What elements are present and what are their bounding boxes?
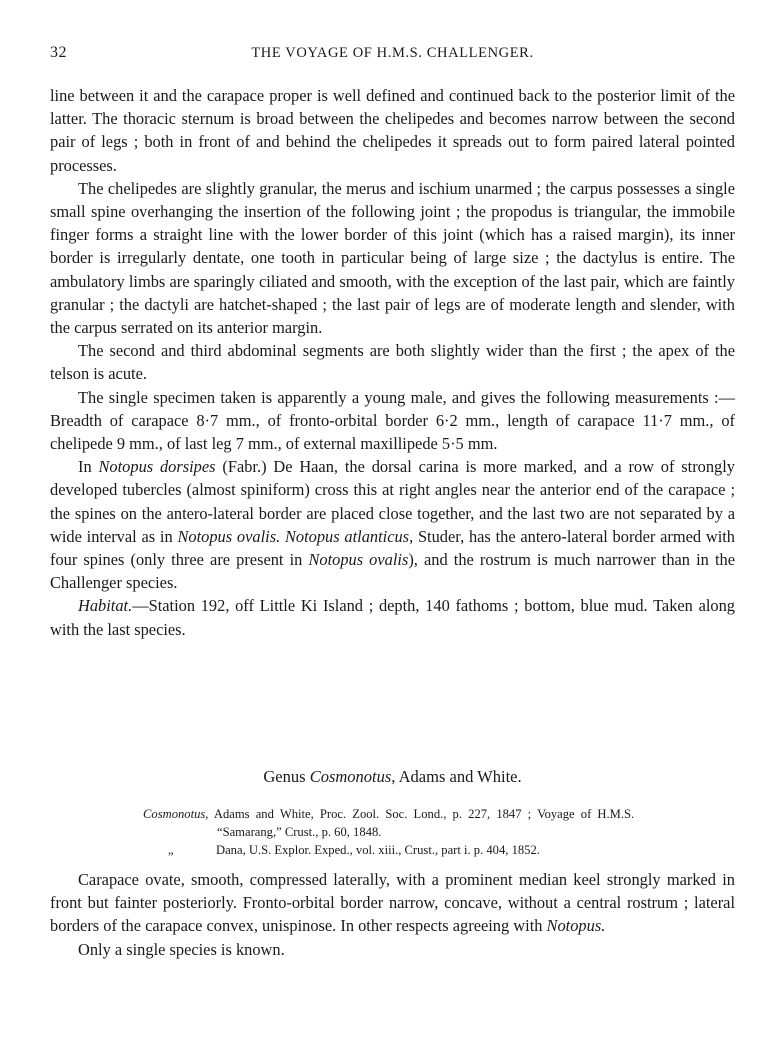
- paragraph-measurements: The single specimen taken is apparently …: [50, 386, 735, 456]
- paragraph-genus-characters: Carapace ovate, smooth, compressed later…: [50, 868, 735, 938]
- citation-text: Dana, U.S. Explor. Exped., vol. xiii., C…: [216, 841, 540, 859]
- text-run: , Adams and White.: [391, 767, 521, 786]
- running-head: 32 THE VOYAGE OF H.M.S. CHALLENGER.: [50, 44, 735, 66]
- species-name: Notopus ovalis.: [177, 527, 280, 546]
- paragraph-habitat: Habitat.—Station 192, off Little Ki Isla…: [50, 594, 735, 640]
- citation-text: , Adams and White, Proc. Zool. Soc. Lond…: [205, 807, 634, 821]
- genus-name: Cosmonotus: [310, 767, 392, 786]
- synonymy-list: Cosmonotus, Adams and White, Proc. Zool.…: [50, 805, 735, 859]
- synonymy-entry: „ Dana, U.S. Explor. Exped., vol. xiii.,…: [50, 841, 735, 859]
- paragraph-abdomen: The second and third abdominal segments …: [50, 339, 735, 385]
- text-run: Genus: [263, 767, 309, 786]
- species-name: Notopus ovalis: [308, 550, 408, 569]
- text-run: Carapace ovate, smooth, compressed later…: [50, 870, 735, 935]
- citation-text: “Samarang,” Crust., p. 60, 1848.: [217, 823, 381, 841]
- text-run: In: [78, 457, 99, 476]
- species-description: line between it and the carapace proper …: [50, 84, 735, 641]
- synonymy-entry: Cosmonotus, Adams and White, Proc. Zool.…: [50, 805, 735, 823]
- species-name: Notopus dorsipes: [99, 457, 216, 476]
- genus-name: Cosmonotus: [143, 807, 205, 821]
- text-run: —Station 192, off Little Ki Island ; dep…: [50, 596, 735, 638]
- paragraph-chelipedes: The chelipedes are slightly granular, th…: [50, 177, 735, 339]
- ditto-mark: „: [168, 841, 174, 859]
- species-name: Notopus atlanticus: [285, 527, 409, 546]
- genus-heading: Genus Cosmonotus, Adams and White.: [50, 767, 735, 787]
- running-title: THE VOYAGE OF H.M.S. CHALLENGER.: [50, 45, 735, 62]
- habitat-label: Habitat.: [78, 596, 132, 615]
- paragraph-sternum: line between it and the carapace proper …: [50, 84, 735, 177]
- genus-name: Notopus.: [547, 916, 606, 935]
- genus-description: Carapace ovate, smooth, compressed later…: [50, 868, 735, 961]
- synonymy-entry: “Samarang,” Crust., p. 60, 1848.: [50, 823, 735, 841]
- paragraph-species-count: Only a single species is known.: [50, 938, 735, 961]
- paragraph-comparison: In Notopus dorsipes (Fabr.) De Haan, the…: [50, 455, 735, 594]
